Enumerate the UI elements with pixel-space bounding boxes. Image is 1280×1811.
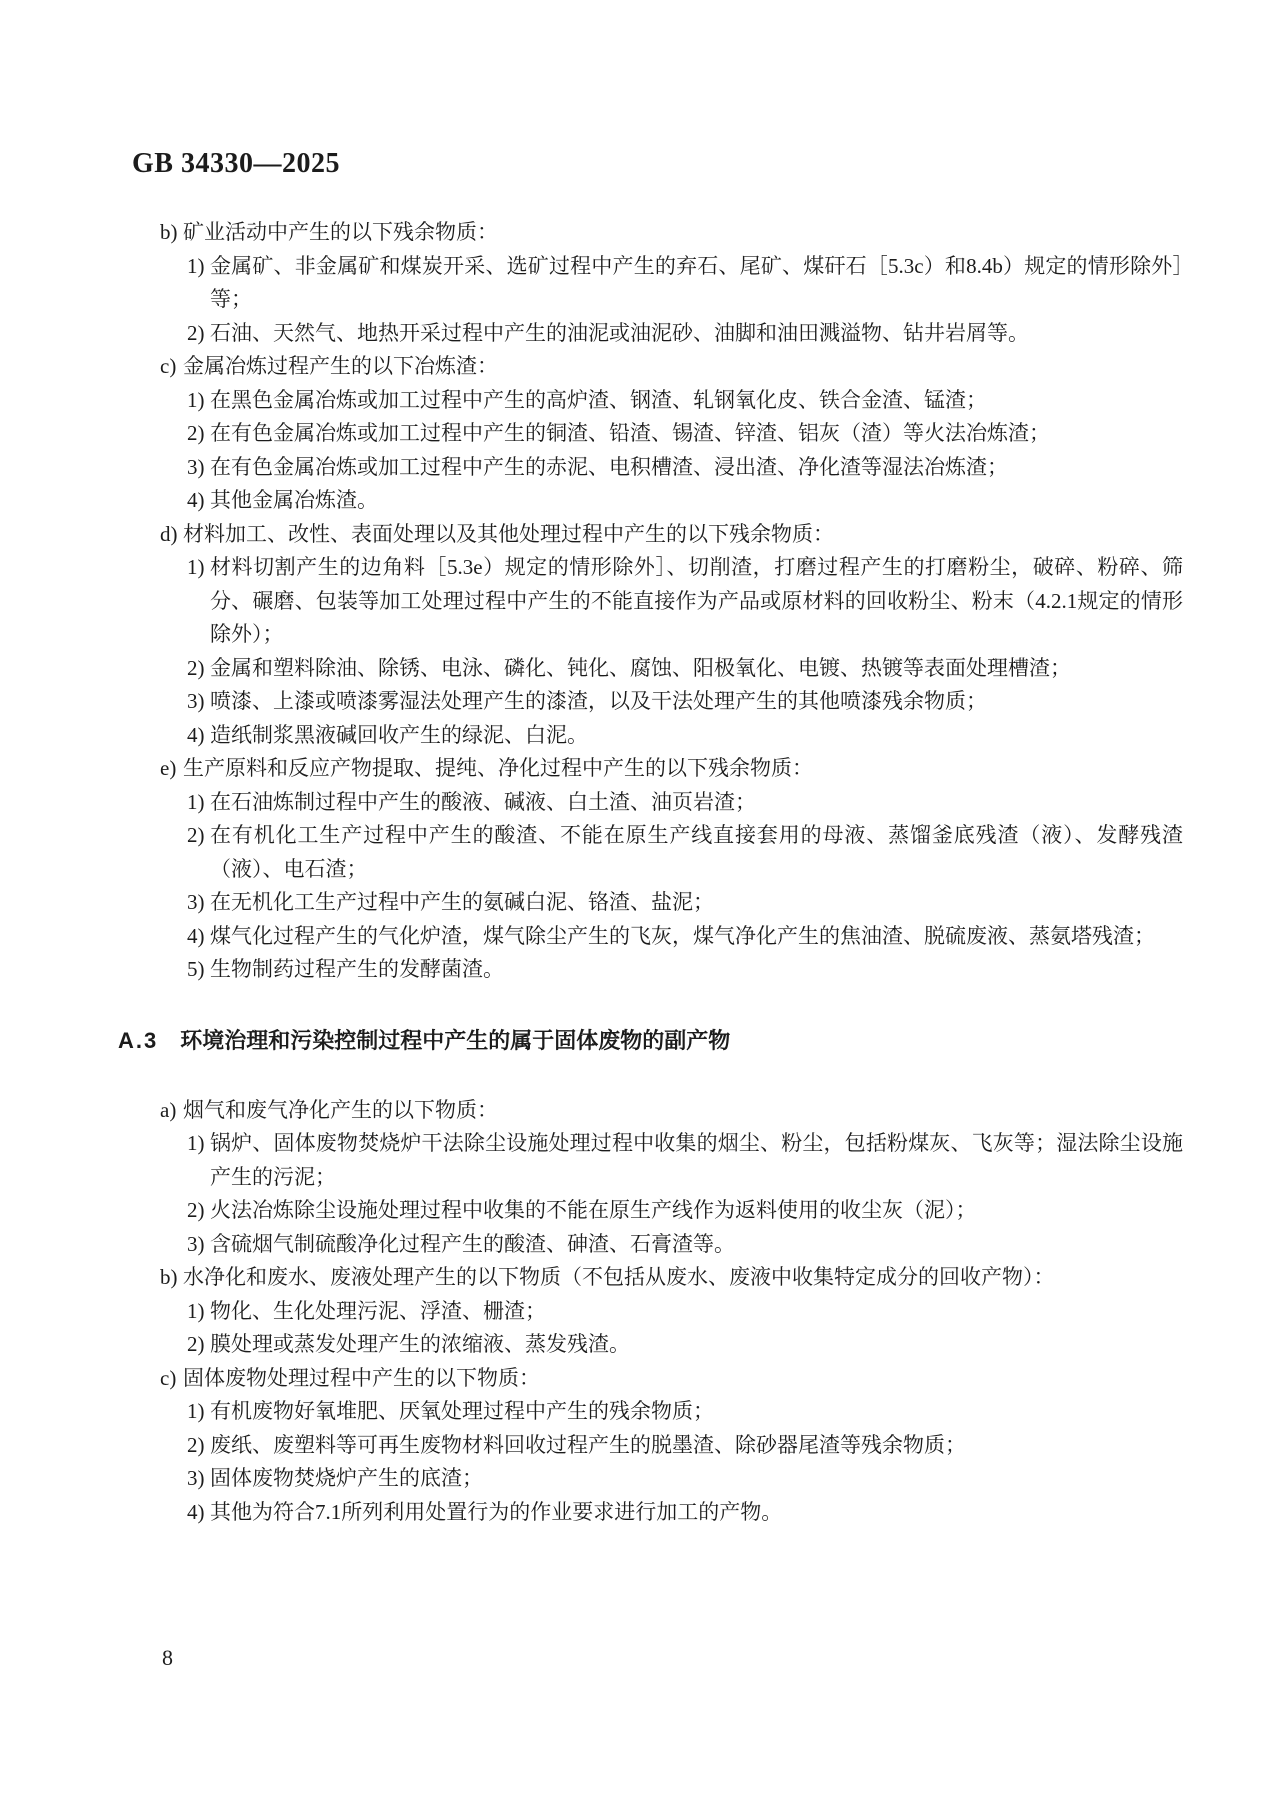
clause-item-label: e) (160, 752, 176, 786)
clause-subitem: 2)膜处理或蒸发处理产生的浓缩液、蒸发残渣。 (0, 1328, 1280, 1362)
clause-subitem-label: 1) (187, 1127, 205, 1161)
clause-item: c)金属冶炼过程产生的以下冶炼渣： (0, 350, 1280, 384)
clause-item-label: c) (160, 350, 176, 384)
clause-subitem: 3)固体废物焚烧炉产生的底渣； (0, 1462, 1280, 1496)
clause-subitem-label: 2) (187, 819, 205, 853)
clause-subitem-label: 5) (187, 953, 205, 987)
clause-item: c)固体废物处理过程中产生的以下物质： (0, 1362, 1280, 1396)
clause-subitem-label: 1) (187, 1395, 205, 1429)
clause-subitem: 1)在黑色金属冶炼或加工过程中产生的高炉渣、钢渣、轧钢氧化皮、铁合金渣、锰渣； (0, 384, 1280, 418)
clause-item: e)生产原料和反应产物提取、提纯、净化过程中产生的以下残余物质： (0, 752, 1280, 786)
clause-subitem-label: 4) (187, 719, 205, 753)
clause-subitem-label: 3) (187, 451, 205, 485)
clause-subitem: 2)石油、天然气、地热开采过程中产生的油泥或油泥砂、油脚和油田溅溢物、钻井岩屑等… (0, 317, 1280, 351)
page-content: b)矿业活动中产生的以下残余物质：1)金属矿、非金属矿和煤炭开采、选矿过程中产生… (0, 216, 1280, 1529)
clause-subitem: 1)物化、生化处理污泥、浮渣、栅渣； (0, 1295, 1280, 1329)
clause-subitem: 3)喷漆、上漆或喷漆雾湿法处理产生的漆渣，以及干法处理产生的其他喷漆残余物质； (0, 685, 1280, 719)
clause-subitem-label: 3) (187, 1228, 205, 1262)
clause-subitem-label: 1) (187, 384, 205, 418)
clause-item: d)材料加工、改性、表面处理以及其他处理过程中产生的以下残余物质： (0, 518, 1280, 552)
clause-subitem: 1)锅炉、固体废物焚烧炉干法除尘设施处理过程中收集的烟尘、粉尘，包括粉煤灰、飞灰… (0, 1127, 1280, 1194)
standard-number-header: GB 34330—2025 (132, 148, 340, 180)
section-heading-number: A.3 (118, 1028, 158, 1053)
clause-subitem: 1)有机废物好氧堆肥、厌氧处理过程中产生的残余物质； (0, 1395, 1280, 1429)
clause-subitem-label: 2) (187, 1328, 205, 1362)
clause-subitem: 1)材料切割产生的边角料［5.3e）规定的情形除外］、切削渣，打磨过程产生的打磨… (0, 551, 1280, 652)
clause-subitem: 4)其他金属冶炼渣。 (0, 484, 1280, 518)
clause-item: b)水净化和废水、废液处理产生的以下物质（不包括从废水、废液中收集特定成分的回收… (0, 1261, 1280, 1295)
clause-subitem-label: 3) (187, 1462, 205, 1496)
section-heading-a3: A.3环境治理和污染控制过程中产生的属于固体废物的副产物 (0, 1024, 1280, 1058)
clause-subitem-label: 2) (187, 317, 205, 351)
clause-item-label: b) (160, 216, 178, 250)
clause-item: a)烟气和废气净化产生的以下物质： (0, 1094, 1280, 1128)
clause-subitem-label: 3) (187, 886, 205, 920)
clause-subitem: 2)金属和塑料除油、除锈、电泳、磷化、钝化、腐蚀、阳极氧化、电镀、热镀等表面处理… (0, 652, 1280, 686)
clause-subitem-label: 1) (187, 786, 205, 820)
clause-subitem-label: 2) (187, 1429, 205, 1463)
clause-subitem-label: 2) (187, 652, 205, 686)
clause-item-label: c) (160, 1362, 176, 1396)
clause-subitem: 2)在有机化工生产过程中产生的酸渣、不能在原生产线直接套用的母液、蒸馏釜底残渣（… (0, 819, 1280, 886)
clause-subitem-label: 1) (187, 250, 205, 284)
clause-subitem-label: 2) (187, 1194, 205, 1228)
clause-subitem: 4)其他为符合7.1所列利用处置行为的作业要求进行加工的产物。 (0, 1496, 1280, 1530)
clause-subitem-label: 4) (187, 920, 205, 954)
clause-subitem: 1)在石油炼制过程中产生的酸液、碱液、白土渣、油页岩渣； (0, 786, 1280, 820)
clause-subitem: 4)造纸制浆黑液碱回收产生的绿泥、白泥。 (0, 719, 1280, 753)
clause-subitem: 3)在无机化工生产过程中产生的氨碱白泥、铬渣、盐泥； (0, 886, 1280, 920)
document-page: GB 34330—2025 b)矿业活动中产生的以下残余物质：1)金属矿、非金属… (0, 0, 1280, 1811)
clause-list-a2: b)矿业活动中产生的以下残余物质：1)金属矿、非金属矿和煤炭开采、选矿过程中产生… (0, 216, 1280, 987)
clause-subitem-label: 2) (187, 417, 205, 451)
clause-item-label: a) (160, 1094, 176, 1128)
clause-subitem: 3)含硫烟气制硫酸净化过程产生的酸渣、砷渣、石膏渣等。 (0, 1228, 1280, 1262)
page-number: 8 (162, 1645, 173, 1671)
clause-subitem-label: 3) (187, 685, 205, 719)
clause-item: b)矿业活动中产生的以下残余物质： (0, 216, 1280, 250)
clause-subitem-label: 1) (187, 551, 205, 585)
section-heading-title: 环境治理和污染控制过程中产生的属于固体废物的副产物 (180, 1028, 730, 1053)
clause-item-label: b) (160, 1261, 178, 1295)
clause-subitem-label: 4) (187, 484, 205, 518)
clause-subitem: 2)在有色金属冶炼或加工过程中产生的铜渣、铅渣、锡渣、锌渣、铝灰（渣）等火法冶炼… (0, 417, 1280, 451)
clause-subitem: 2)火法冶炼除尘设施处理过程中收集的不能在原生产线作为返料使用的收尘灰（泥）； (0, 1194, 1280, 1228)
clause-subitem-label: 1) (187, 1295, 205, 1329)
clause-subitem-label: 4) (187, 1496, 205, 1530)
clause-subitem: 1)金属矿、非金属矿和煤炭开采、选矿过程中产生的弃石、尾矿、煤矸石［5.3c）和… (0, 250, 1280, 317)
clause-subitem: 3)在有色金属冶炼或加工过程中产生的赤泥、电积槽渣、浸出渣、净化渣等湿法冶炼渣； (0, 451, 1280, 485)
clause-subitem: 5)生物制药过程产生的发酵菌渣。 (0, 953, 1280, 987)
clause-subitem: 2)废纸、废塑料等可再生废物材料回收过程产生的脱墨渣、除砂器尾渣等残余物质； (0, 1429, 1280, 1463)
clause-subitem: 4)煤气化过程产生的气化炉渣，煤气除尘产生的飞灰，煤气净化产生的焦油渣、脱硫废液… (0, 920, 1280, 954)
clause-item-label: d) (160, 518, 178, 552)
clause-list-a3: a)烟气和废气净化产生的以下物质：1)锅炉、固体废物焚烧炉干法除尘设施处理过程中… (0, 1094, 1280, 1530)
